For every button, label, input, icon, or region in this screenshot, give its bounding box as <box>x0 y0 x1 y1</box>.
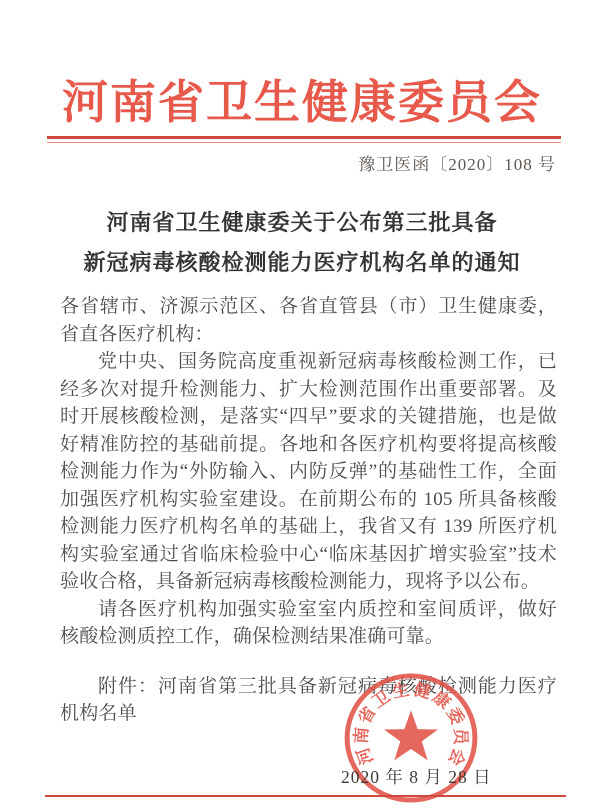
body-paragraph-1: 党中央、国务院高度重视新冠病毒核酸检测工作，已经多次对提升检测能力、扩大检测范围… <box>60 348 557 596</box>
notice-body: 各省辖市、济源示范区、各省直管县（市）卫生健康委，省直各医疗机构： 党中央、国务… <box>60 293 557 728</box>
body-paragraph-2: 请各医疗机构加强实验室室内质控和室间质评，做好核酸检测质控工作，确保检测结果准确… <box>60 596 557 651</box>
letterhead: 河南省卫生健康委员会 <box>0 66 604 132</box>
header-rule-thick <box>47 136 561 139</box>
salutation: 各省辖市、济源示范区、各省直管县（市）卫生健康委，省直各医疗机构： <box>60 293 557 348</box>
notice-title-line2: 新冠病毒核酸检测能力医疗机构名单的通知 <box>0 243 604 283</box>
header-rule-thin <box>47 142 561 143</box>
notice-title-line1: 河南省卫生健康委关于公布第三批具备 <box>0 203 604 243</box>
seal-star-icon <box>384 710 438 760</box>
footer-rule <box>45 795 566 797</box>
doc-number: 豫卫医函〔2020〕108 号 <box>358 150 556 175</box>
notice-title: 河南省卫生健康委关于公布第三批具备 新冠病毒核酸检测能力医疗机构名单的通知 <box>0 203 604 283</box>
issue-date: 2020 年 8 月 28 日 <box>341 764 492 789</box>
document-page: 河南省卫生健康委员会 豫卫医函〔2020〕108 号 河南省卫生健康委关于公布第… <box>0 0 604 810</box>
attachment-line: 附件：河南省第三批具备新冠病毒核酸检测能力医疗机构名单 <box>60 673 557 728</box>
